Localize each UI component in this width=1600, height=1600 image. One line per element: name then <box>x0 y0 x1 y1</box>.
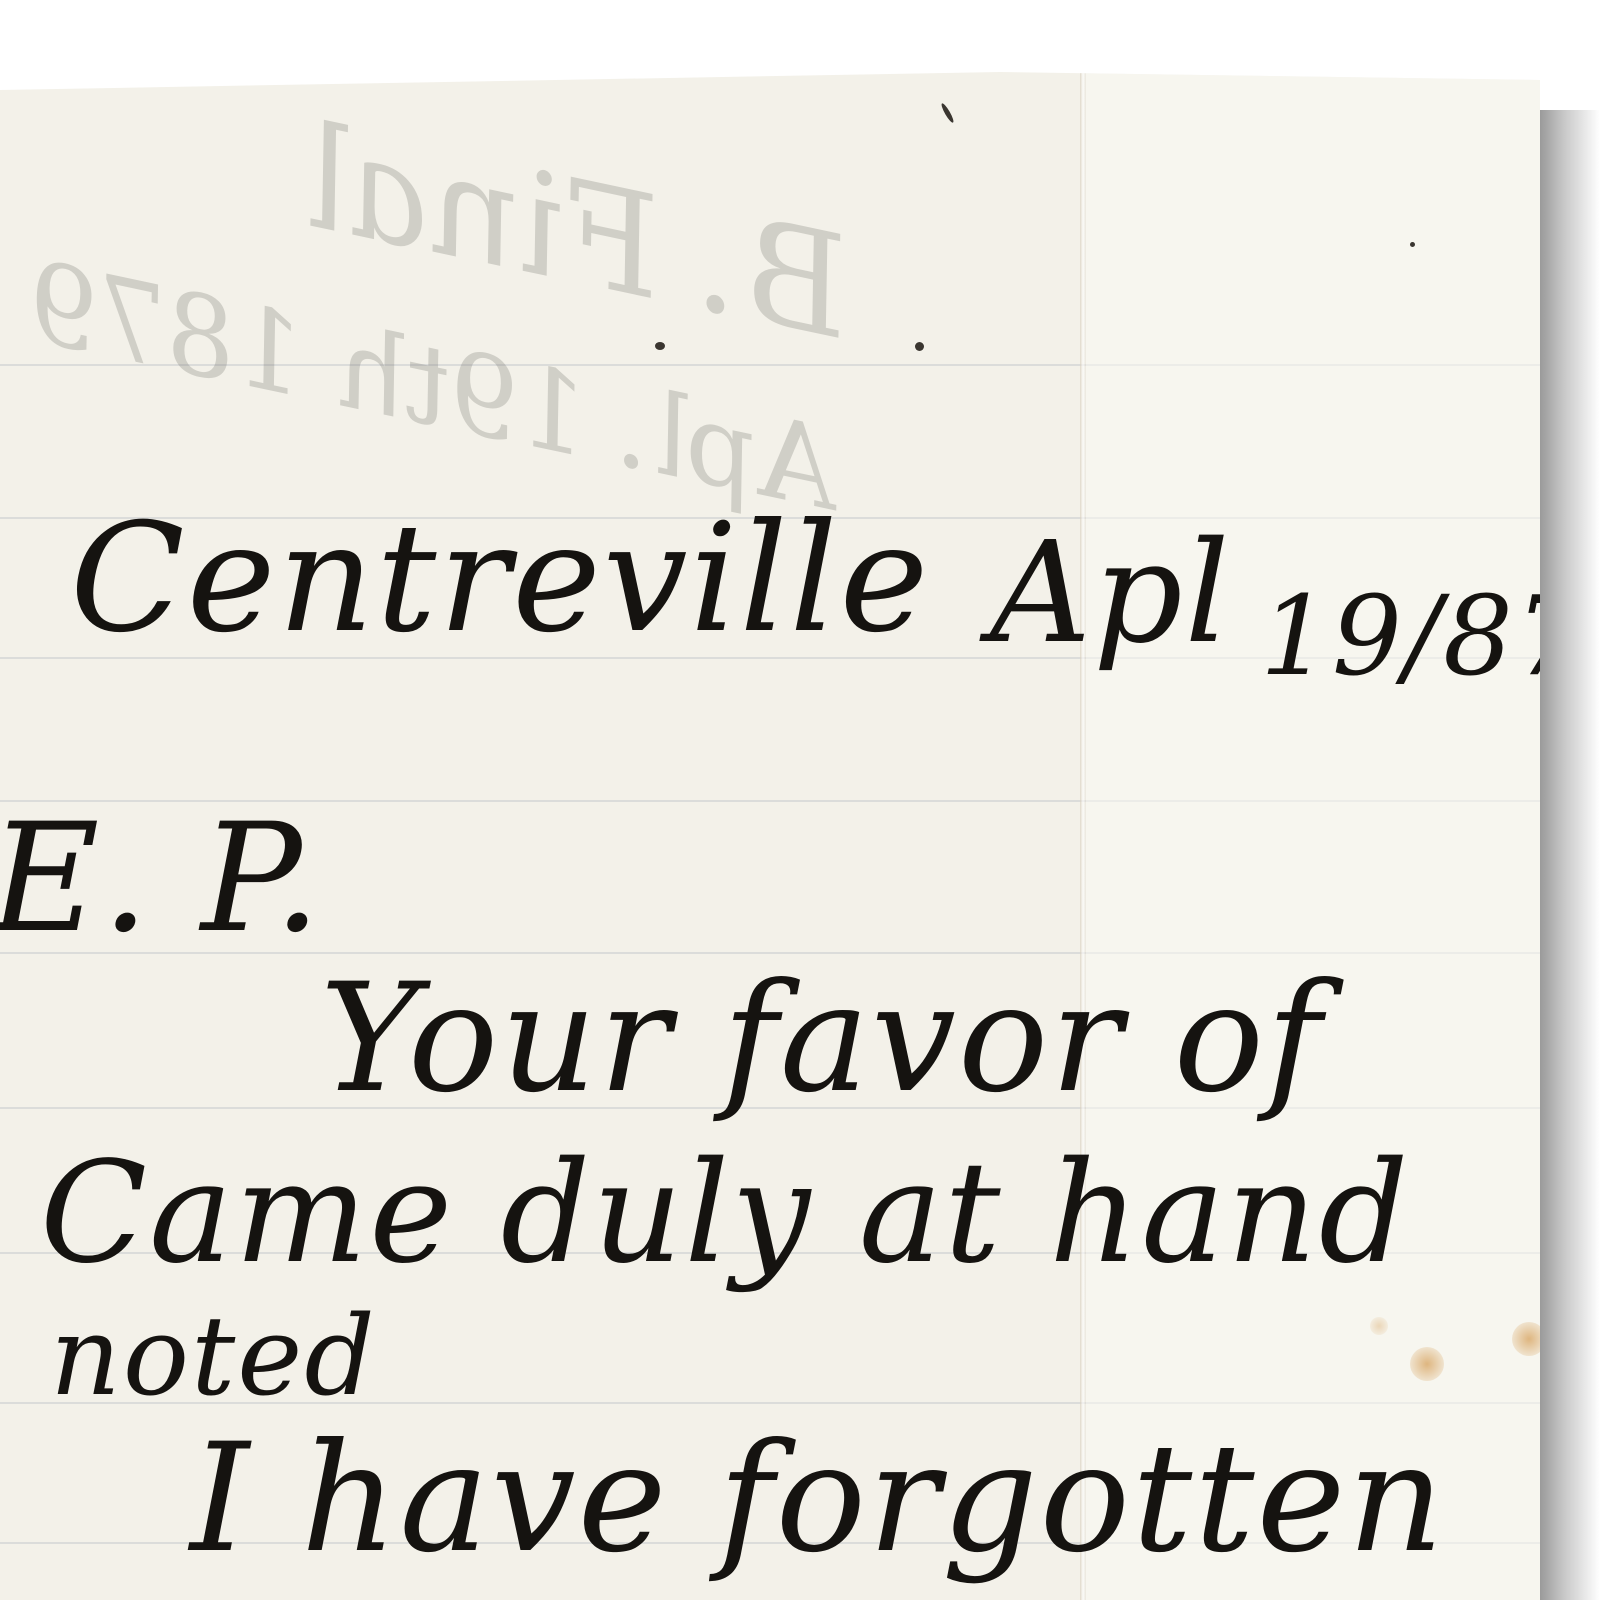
body-line-1: Your favor of <box>320 952 1324 1126</box>
foxing-stain <box>1410 1347 1444 1381</box>
foxing-stain <box>1370 1317 1388 1335</box>
letter-paper: B. Final Apl. 19th 1879 Centreville Apl … <box>0 72 1540 1600</box>
body-line-2: Came duly at hand <box>40 1132 1411 1295</box>
body-line-4: I have forgotten <box>190 1412 1446 1586</box>
ink-speck <box>915 342 924 351</box>
body-line-3: noted <box>50 1292 377 1420</box>
heading-place: Centreville <box>70 492 930 666</box>
ink-speck <box>1410 242 1415 247</box>
folded-panel <box>1086 72 1540 1600</box>
paper-fold <box>1080 72 1086 1600</box>
salutation: E. P. <box>0 792 323 966</box>
heading-month: Apl <box>990 512 1232 675</box>
ink-speck <box>940 102 955 124</box>
ink-speck <box>655 342 665 350</box>
page-shadow <box>1540 110 1600 1600</box>
